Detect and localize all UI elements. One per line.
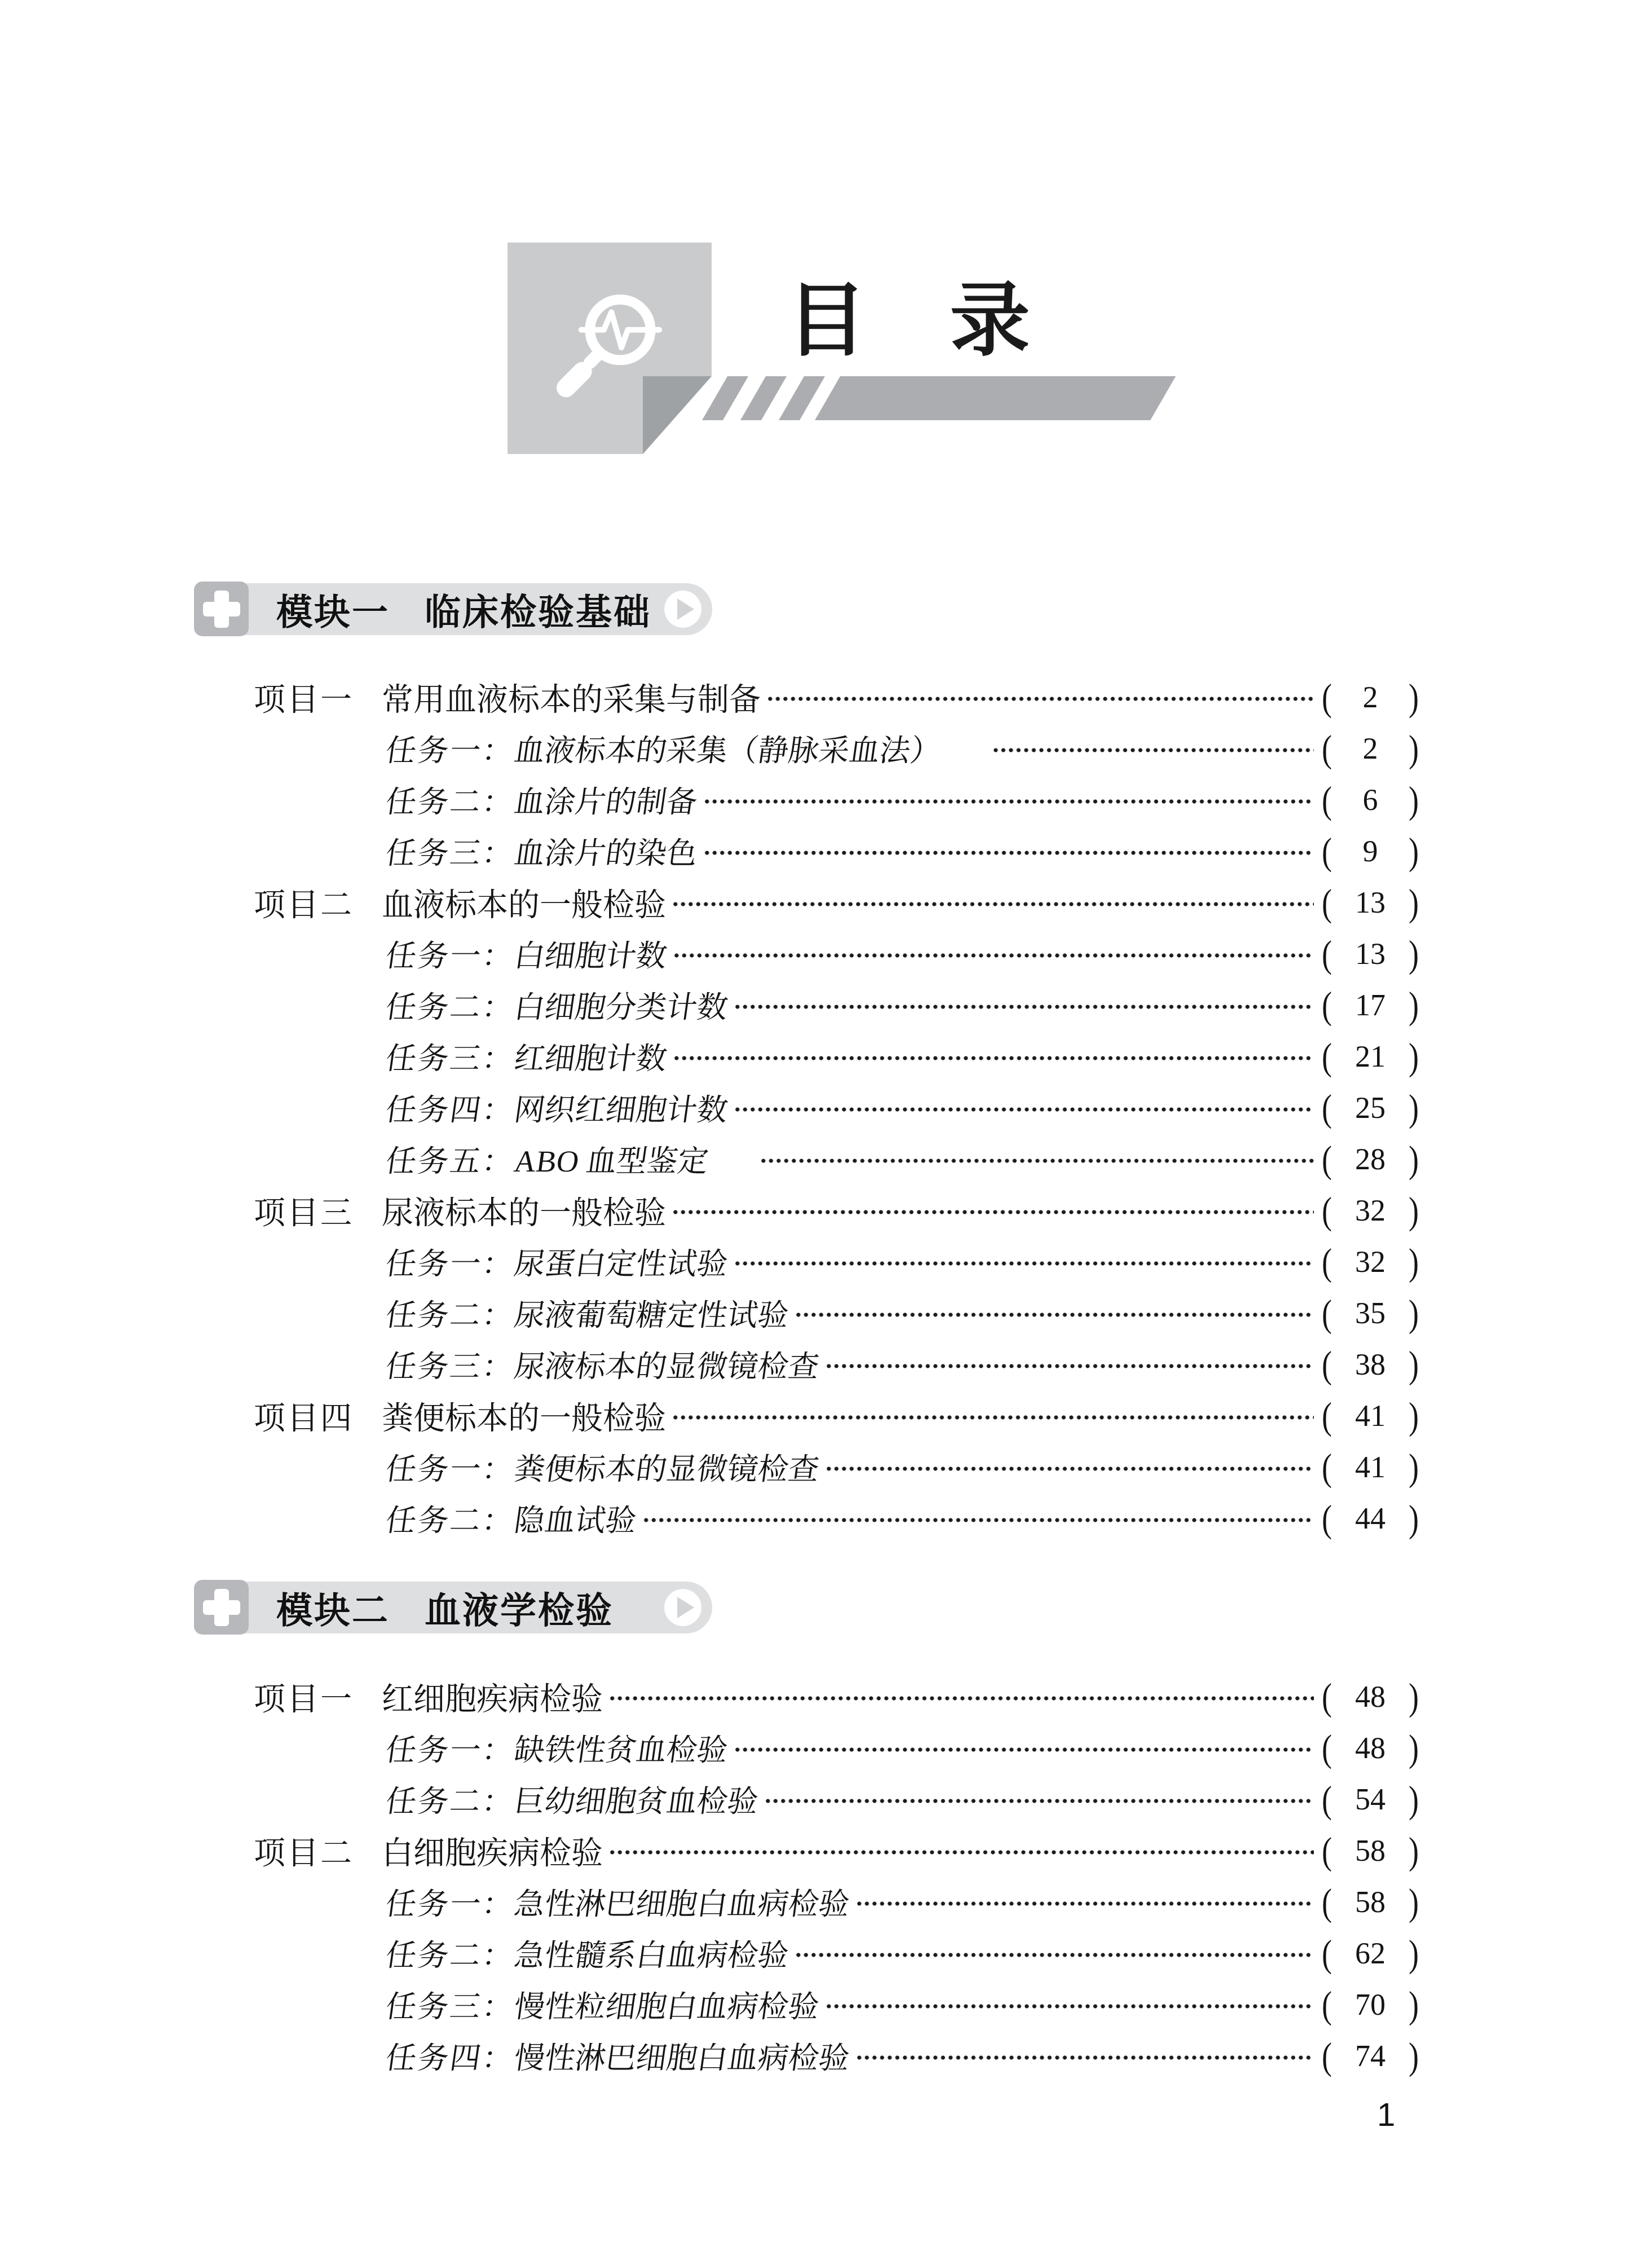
toc-item-label: 任务四： — [383, 1086, 518, 1129]
paren-close: ) — [1409, 2034, 1419, 2078]
module-label: 模块二 — [276, 1582, 390, 1633]
paren-close: ) — [1409, 1086, 1419, 1130]
banner-stripe — [740, 376, 787, 420]
toc-item-page-number: 6 — [1363, 782, 1378, 817]
toc-row: 任务三： 尿液标本的显微镜检查 ( 38 ) — [254, 1338, 1419, 1390]
paren-open: ( — [1322, 726, 1332, 770]
banner-stripe — [702, 376, 748, 420]
medical-cross-icon — [203, 591, 240, 628]
toc-list-module-1: 项目一 常用血液标本的采集与制备 ( 2 ) 任务一： 血液标本的采集（静脉采血… — [254, 671, 1419, 1544]
paren-open: ( — [1322, 1394, 1332, 1438]
toc-item-pageref: ( 28 ) — [1322, 1142, 1419, 1177]
toc-row: 项目二 血液标本的一般检验 ( 13 ) — [254, 877, 1419, 928]
toc-item-label: 任务一： — [383, 1880, 518, 1923]
paren-open: ( — [1322, 932, 1332, 976]
magnifier-tile — [508, 243, 712, 454]
paren-open: ( — [1322, 1137, 1332, 1181]
toc-item-page-number: 48 — [1355, 1679, 1386, 1714]
paren-open: ( — [1322, 1829, 1332, 1873]
toc-item-label: 任务二： — [383, 983, 518, 1027]
toc-row: 项目一 常用血液标本的采集与制备 ( 2 ) — [254, 671, 1419, 723]
dot-leader — [673, 953, 1314, 958]
paren-open: ( — [1322, 1726, 1332, 1770]
dot-leader — [760, 1158, 1314, 1164]
dot-leader — [734, 1261, 1314, 1266]
toc-row: 任务四： 慢性淋巴细胞白血病检验 ( 74 ) — [254, 2030, 1419, 2081]
toc-row: 任务二： 急性髓系白血病检验 ( 62 ) — [254, 1927, 1419, 1979]
toc-item-pageref: ( 17 ) — [1322, 988, 1419, 1023]
folio-page-number: 1 — [1377, 2096, 1395, 2134]
paren-close: ) — [1409, 1675, 1419, 1719]
toc-item-label: 任务二： — [383, 1931, 518, 1975]
toc-item-label: 项目二 — [254, 1828, 354, 1873]
toc-item-title: 血涂片的制备 — [512, 778, 701, 821]
paren-open: ( — [1322, 1983, 1332, 2027]
paren-open: ( — [1322, 1931, 1332, 1975]
paren-close: ) — [1409, 1496, 1419, 1540]
header-art: 目 录 — [0, 0, 1628, 508]
module-label: 模块一 — [276, 583, 390, 635]
toc-item-pageref: ( 9 ) — [1322, 834, 1419, 869]
toc-item-page-number: 9 — [1363, 834, 1378, 869]
paren-open: ( — [1322, 1675, 1332, 1719]
toc-item-pageref: ( 70 ) — [1322, 1987, 1419, 2022]
play-arrow-circle — [664, 591, 702, 628]
toc-item-title: 急性髓系白血病检验 — [512, 1931, 792, 1975]
toc-item-title: 慢性淋巴细胞白血病检验 — [512, 2034, 853, 2077]
toc-item-page-number: 2 — [1363, 680, 1378, 715]
toc-list-module-2: 项目一 红细胞疾病检验 ( 48 ) 任务一： 缺铁性贫血检验 ( 48 ) 任… — [254, 1671, 1419, 2081]
paren-open: ( — [1322, 675, 1332, 719]
toc-item-title: 白细胞计数 — [512, 932, 670, 975]
paren-close: ) — [1409, 1188, 1419, 1232]
dot-leader — [825, 1466, 1314, 1472]
toc-item-label: 任务五： — [383, 1137, 518, 1181]
toc-item-title: 粪便标本的显微镜检查 — [512, 1445, 823, 1488]
paren-open: ( — [1322, 1240, 1332, 1284]
dot-leader — [672, 901, 1314, 907]
toc-item-page-number: 38 — [1355, 1347, 1386, 1382]
paren-close: ) — [1409, 1291, 1419, 1335]
toc-row: 任务一： 尿蛋白定性试验 ( 32 ) — [254, 1236, 1419, 1287]
dot-leader — [608, 1696, 1314, 1701]
toc-item-title: ABO 血型鉴定 — [512, 1137, 712, 1181]
paren-open: ( — [1322, 1496, 1332, 1540]
dot-leader — [992, 747, 1314, 753]
toc-item-title: 尿蛋白定性试验 — [512, 1240, 731, 1283]
toc-item-pageref: ( 58 ) — [1322, 1884, 1419, 1919]
dot-leader — [766, 696, 1314, 702]
toc-row: 任务二： 巨幼细胞贫血检验 ( 54 ) — [254, 1773, 1419, 1825]
toc-row: 项目一 红细胞疾病检验 ( 48 ) — [254, 1671, 1419, 1722]
toc-row: 任务二： 白细胞分类计数 ( 17 ) — [254, 979, 1419, 1030]
toc-row: 任务一： 粪便标本的显微镜检查 ( 41 ) — [254, 1441, 1419, 1492]
paren-close: ) — [1409, 1726, 1419, 1770]
paren-open: ( — [1322, 1291, 1332, 1335]
paren-close: ) — [1409, 1829, 1419, 1873]
toc-row: 任务一： 缺铁性贫血检验 ( 48 ) — [254, 1722, 1419, 1773]
dot-leader — [734, 1004, 1314, 1010]
page-title: 目 录 — [787, 281, 1030, 361]
dot-leader — [795, 1312, 1314, 1318]
toc-item-page-number: 58 — [1355, 1833, 1386, 1868]
toc-item-page-number: 13 — [1355, 936, 1386, 971]
module-heading: 模块二 血液学检验 — [276, 1582, 614, 1633]
paren-open: ( — [1322, 1034, 1332, 1078]
toc-item-pageref: ( 25 ) — [1322, 1090, 1419, 1125]
dot-leader — [825, 1363, 1314, 1369]
dot-leader — [855, 1901, 1314, 1906]
paren-open: ( — [1322, 880, 1332, 924]
paren-close: ) — [1409, 983, 1419, 1027]
toc-page: 目 录 模块一 临床检验基础 项目一 常用血液标本的采集与制备 ( 2 ) 任务… — [0, 0, 1628, 2268]
paren-close: ) — [1409, 675, 1419, 719]
toc-item-pageref: ( 21 ) — [1322, 1039, 1419, 1074]
module-title: 临床检验基础 — [425, 583, 651, 635]
toc-item-label: 项目一 — [254, 675, 354, 720]
toc-item-pageref: ( 13 ) — [1322, 885, 1419, 920]
toc-item-pageref: ( 2 ) — [1322, 680, 1419, 715]
paren-open: ( — [1322, 829, 1332, 873]
paren-open: ( — [1322, 1777, 1332, 1821]
dot-leader — [795, 1952, 1314, 1958]
toc-item-page-number: 62 — [1355, 1936, 1386, 1971]
toc-item-pageref: ( 48 ) — [1322, 1730, 1419, 1765]
paren-open: ( — [1322, 778, 1332, 822]
toc-item-pageref: ( 6 ) — [1322, 782, 1419, 817]
banner-bar — [815, 376, 1176, 420]
toc-item-pageref: ( 32 ) — [1322, 1244, 1419, 1279]
page-title-char: 目 — [787, 276, 867, 365]
medical-cross-icon — [203, 1589, 240, 1626]
paren-open: ( — [1322, 1086, 1332, 1130]
toc-item-title: 常用血液标本的采集与制备 — [382, 675, 761, 720]
toc-item-label: 任务一： — [383, 1240, 518, 1283]
paren-close: ) — [1409, 1880, 1419, 1924]
dot-leader — [608, 1849, 1314, 1855]
toc-row: 任务四： 网织红细胞计数 ( 25 ) — [254, 1082, 1419, 1133]
toc-item-title: 尿液标本的显微镜检查 — [512, 1342, 823, 1386]
paren-close: ) — [1409, 778, 1419, 822]
paren-open: ( — [1322, 1188, 1332, 1232]
toc-item-pageref: ( 41 ) — [1322, 1450, 1419, 1485]
play-arrow-icon — [677, 1597, 694, 1618]
toc-item-pageref: ( 44 ) — [1322, 1501, 1419, 1536]
toc-item-page-number: 25 — [1355, 1090, 1386, 1125]
toc-item-page-number: 35 — [1355, 1296, 1386, 1331]
toc-item-label: 项目一 — [254, 1674, 354, 1719]
toc-item-pageref: ( 58 ) — [1322, 1833, 1419, 1868]
toc-item-page-number: 41 — [1355, 1398, 1386, 1433]
paren-close: ) — [1409, 1342, 1419, 1386]
paren-close: ) — [1409, 829, 1419, 873]
toc-row: 项目三 尿液标本的一般检验 ( 32 ) — [254, 1184, 1419, 1236]
toc-item-title: 血液标本的采集（静脉采血法） — [512, 726, 945, 770]
toc-item-pageref: ( 32 ) — [1322, 1193, 1419, 1228]
toc-item-page-number: 70 — [1355, 1987, 1386, 2022]
dot-leader — [672, 1209, 1314, 1215]
toc-row: 任务一： 白细胞计数 ( 13 ) — [254, 928, 1419, 979]
toc-item-pageref: ( 62 ) — [1322, 1936, 1419, 1971]
toc-item-label: 任务一： — [383, 1726, 518, 1769]
toc-item-title: 尿液标本的一般检验 — [382, 1188, 666, 1233]
dot-leader — [642, 1517, 1314, 1523]
toc-item-label: 项目三 — [254, 1188, 354, 1233]
toc-item-title: 网织红细胞计数 — [512, 1086, 731, 1129]
toc-item-label: 任务三： — [383, 1034, 518, 1078]
paren-close: ) — [1409, 932, 1419, 976]
toc-row: 任务三： 血涂片的染色 ( 9 ) — [254, 825, 1419, 877]
paren-close: ) — [1409, 1445, 1419, 1489]
toc-item-title: 粪便标本的一般检验 — [382, 1393, 666, 1438]
paren-close: ) — [1409, 1034, 1419, 1078]
toc-item-label: 任务三： — [383, 1983, 518, 2026]
toc-item-pageref: ( 2 ) — [1322, 731, 1419, 766]
toc-item-page-number: 32 — [1355, 1244, 1386, 1279]
paren-open: ( — [1322, 2034, 1332, 2078]
toc-item-title: 慢性粒细胞白血病检验 — [512, 1983, 823, 2026]
toc-row: 任务三： 红细胞计数 ( 21 ) — [254, 1030, 1419, 1082]
toc-row: 任务二： 隐血试验 ( 44 ) — [254, 1492, 1419, 1544]
toc-item-pageref: ( 38 ) — [1322, 1347, 1419, 1382]
toc-row: 任务一： 血液标本的采集（静脉采血法） ( 2 ) — [254, 723, 1419, 774]
toc-row: 任务三： 慢性粒细胞白血病检验 ( 70 ) — [254, 1979, 1419, 2030]
toc-item-title: 血涂片的染色 — [512, 829, 701, 873]
paren-close: ) — [1409, 1240, 1419, 1284]
toc-item-page-number: 48 — [1355, 1730, 1386, 1765]
toc-item-title: 红细胞计数 — [512, 1034, 670, 1078]
paren-close: ) — [1409, 1931, 1419, 1975]
page-title-char: 录 — [950, 276, 1030, 365]
toc-item-page-number: 44 — [1355, 1501, 1386, 1536]
toc-item-title: 白细胞分类计数 — [512, 983, 731, 1027]
toc-row: 任务五： ABO 血型鉴定 ( 28 ) — [254, 1133, 1419, 1184]
dot-leader — [734, 1107, 1314, 1112]
toc-item-title: 血液标本的一般检验 — [382, 880, 666, 925]
toc-item-page-number: 58 — [1355, 1884, 1386, 1919]
dot-leader — [703, 850, 1314, 856]
module-heading: 模块一 临床检验基础 — [276, 583, 651, 635]
toc-item-title: 缺铁性贫血检验 — [512, 1726, 731, 1769]
module-banner-1: 模块一 临床检验基础 — [195, 583, 712, 635]
toc-item-title: 巨幼细胞贫血检验 — [512, 1777, 762, 1821]
toc-item-label: 任务四： — [383, 2034, 518, 2077]
toc-row: 任务二： 血涂片的制备 ( 6 ) — [254, 774, 1419, 825]
play-arrow-circle — [664, 1589, 702, 1626]
paren-close: ) — [1409, 880, 1419, 924]
paren-open: ( — [1322, 1880, 1332, 1924]
medical-cross-badge — [194, 1580, 249, 1635]
toc-item-title: 红细胞疾病检验 — [382, 1674, 603, 1719]
dot-leader — [764, 1798, 1314, 1804]
toc-item-page-number: 17 — [1355, 988, 1386, 1023]
toc-item-label: 任务三： — [383, 1342, 518, 1386]
module-banner-2: 模块二 血液学检验 — [195, 1582, 712, 1633]
toc-item-label: 任务二： — [383, 1291, 518, 1335]
toc-item-page-number: 13 — [1355, 885, 1386, 920]
toc-item-pageref: ( 35 ) — [1322, 1296, 1419, 1331]
paren-close: ) — [1409, 1394, 1419, 1438]
toc-item-label: 任务三： — [383, 829, 518, 873]
toc-item-title: 隐血试验 — [512, 1496, 640, 1540]
folded-corner — [643, 376, 712, 454]
paren-open: ( — [1322, 983, 1332, 1027]
toc-item-label: 任务二： — [383, 1496, 518, 1540]
toc-row: 项目四 粪便标本的一般检验 ( 41 ) — [254, 1390, 1419, 1441]
toc-item-label: 项目四 — [254, 1393, 354, 1438]
dot-leader — [734, 1747, 1314, 1752]
toc-item-label: 任务一： — [383, 1445, 518, 1488]
toc-item-page-number: 54 — [1355, 1782, 1386, 1817]
toc-item-page-number: 74 — [1355, 2038, 1386, 2073]
dot-leader — [672, 1415, 1314, 1420]
dot-leader — [703, 799, 1314, 804]
dot-leader — [855, 2055, 1314, 2060]
toc-item-page-number: 2 — [1363, 731, 1378, 766]
toc-item-page-number: 41 — [1355, 1450, 1386, 1485]
toc-item-pageref: ( 41 ) — [1322, 1398, 1419, 1433]
toc-item-title: 急性淋巴细胞白血病检验 — [512, 1880, 853, 1923]
paren-close: ) — [1409, 1777, 1419, 1821]
dot-leader — [673, 1055, 1314, 1061]
toc-row: 任务一： 急性淋巴细胞白血病检验 ( 58 ) — [254, 1876, 1419, 1927]
toc-item-title: 白细胞疾病检验 — [382, 1828, 603, 1873]
toc-item-label: 任务二： — [383, 778, 518, 821]
medical-cross-badge — [194, 582, 249, 636]
toc-row: 项目二 白细胞疾病检验 ( 58 ) — [254, 1825, 1419, 1876]
paren-close: ) — [1409, 726, 1419, 770]
toc-item-pageref: ( 48 ) — [1322, 1679, 1419, 1714]
module-title: 血液学检验 — [425, 1582, 614, 1633]
paren-open: ( — [1322, 1445, 1332, 1489]
toc-item-page-number: 21 — [1355, 1039, 1386, 1074]
toc-item-pageref: ( 74 ) — [1322, 2038, 1419, 2073]
toc-item-label: 任务二： — [383, 1777, 518, 1821]
paren-open: ( — [1322, 1342, 1332, 1386]
dot-leader — [825, 2003, 1314, 2009]
toc-item-label: 任务一： — [383, 932, 518, 975]
toc-item-label: 任务一： — [383, 726, 518, 770]
toc-item-page-number: 28 — [1355, 1142, 1386, 1177]
toc-item-pageref: ( 54 ) — [1322, 1782, 1419, 1817]
toc-item-page-number: 32 — [1355, 1193, 1386, 1228]
toc-row: 任务二： 尿液葡萄糖定性试验 ( 35 ) — [254, 1287, 1419, 1338]
toc-item-title: 尿液葡萄糖定性试验 — [512, 1291, 792, 1335]
toc-item-pageref: ( 13 ) — [1322, 936, 1419, 971]
play-arrow-icon — [677, 598, 694, 620]
toc-item-label: 项目二 — [254, 880, 354, 925]
paren-close: ) — [1409, 1983, 1419, 2027]
paren-close: ) — [1409, 1137, 1419, 1181]
